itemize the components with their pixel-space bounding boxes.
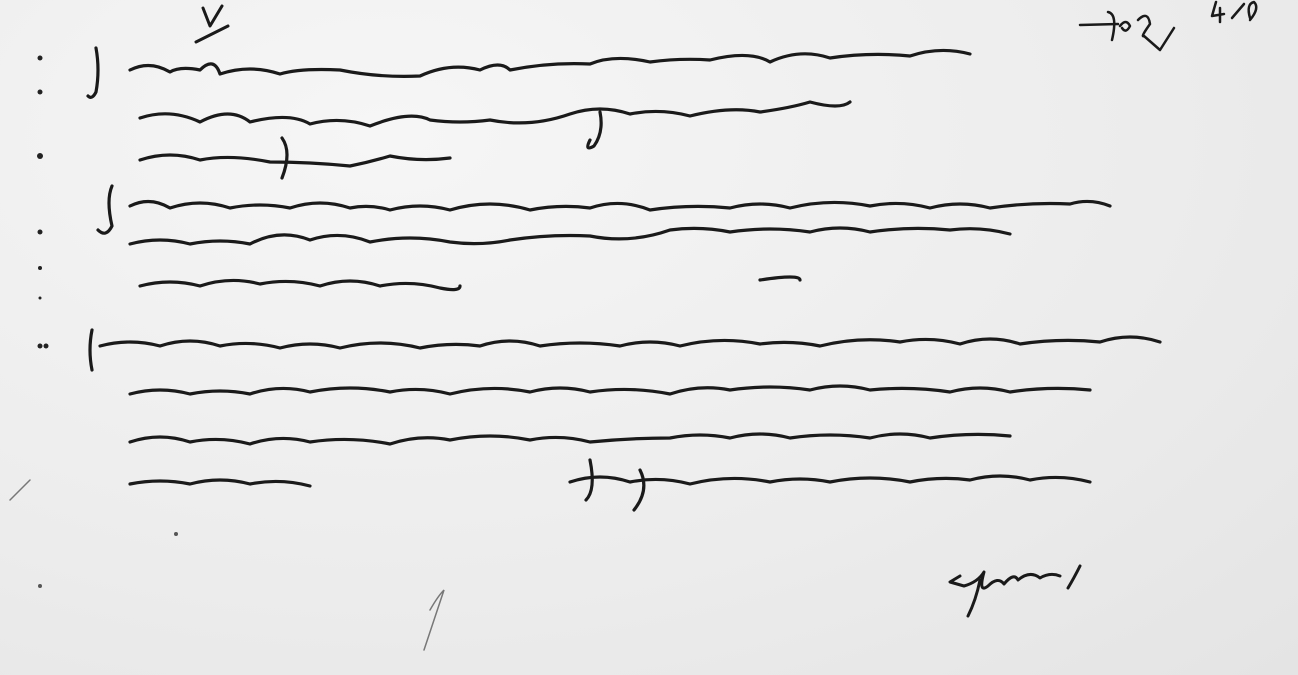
signature-glyph (950, 566, 1080, 616)
paragraph-3 (90, 330, 1160, 510)
faint-marks (10, 480, 444, 650)
top-mark-glyph (196, 6, 228, 42)
folio-number-glyph (1080, 2, 1256, 50)
paragraph-1 (88, 48, 970, 178)
margin-marks (37, 56, 49, 349)
paragraph-2 (98, 186, 1110, 290)
manuscript-page: V 702 4/8 Cosimo (0, 0, 1298, 675)
handwriting-layer (0, 0, 1298, 675)
